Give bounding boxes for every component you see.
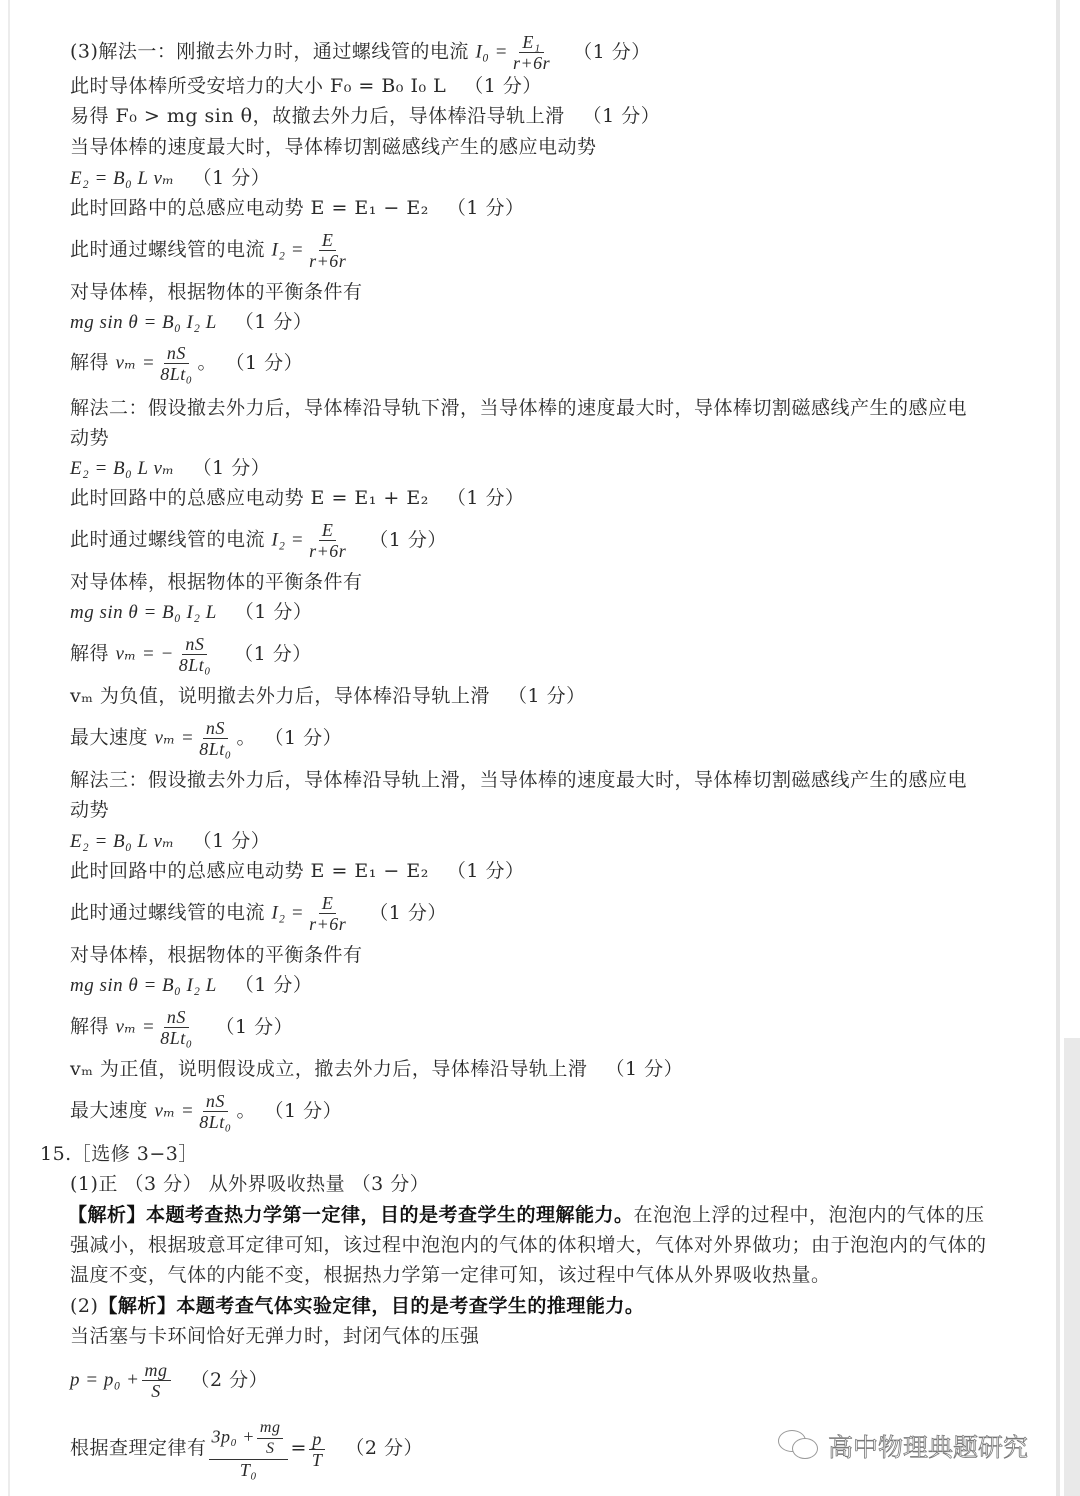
text-line: 当活塞与卡环间恰好无弹力时，封闭气体的压强: [70, 1324, 480, 1348]
numerator: mg: [142, 1360, 171, 1381]
points: （1 分）: [193, 457, 271, 479]
line-text: 此时通过螺线管的电流: [70, 529, 272, 551]
text-line: E₂ = B₀ L vₘ（1 分）: [70, 829, 270, 854]
line-text: 解得: [70, 1016, 116, 1038]
line-text: mg sin θ = B₀ I₂ L: [70, 602, 217, 623]
points: （1 分）: [193, 167, 271, 189]
text-line: 解得 vₘ = −nS8Lt₀（1 分）: [70, 634, 312, 675]
line-text: 在泡泡上浮的过程中，泡泡内的气体的压: [634, 1204, 985, 1226]
text-line: mg sin θ = B₀ I₂ L（1 分）: [70, 600, 312, 625]
line-text: 强减小，根据玻意耳定律可知，该过程中泡泡内的气体的体积增大，气体对外界做功；由于…: [70, 1234, 987, 1256]
formula: I₂ =: [272, 903, 305, 924]
text-line: 解法二：假设撤去外力后，导体棒沿导轨下滑，当导体棒的速度最大时，导体棒切割磁感线…: [70, 396, 967, 420]
points: （1 分）: [235, 974, 313, 996]
text-line: 此时通过螺线管的电流 I₂ =Er+6r（1 分）: [70, 893, 447, 934]
line-text: 对导体棒，根据物体的平衡条件有: [70, 944, 363, 966]
line-text: 解得: [70, 643, 116, 665]
scrollbar-thumb[interactable]: [1064, 1038, 1080, 1496]
denominator: 8Lt₀: [196, 739, 234, 759]
formula: I₂ =: [272, 240, 305, 261]
q15-analysis-line: 【解析】本题考查热力学第一定律，目的是考查学生的理解能力。在泡泡上浮的过程中，泡…: [68, 1203, 985, 1227]
denominator: 8Lt₀: [157, 1028, 195, 1048]
line-text: E₂ = B₀ L vₘ: [70, 458, 175, 479]
line-text: 此时通过螺线管的电流: [70, 902, 272, 924]
line-text: 最大速度: [70, 1100, 155, 1122]
fraction: nS8Lt₀: [176, 634, 214, 675]
points: （1 分）: [274, 727, 342, 749]
line-text: 对导体棒，根据物体的平衡条件有: [70, 281, 363, 303]
line-text: vₘ 为正值，说明假设成立，撤去外力后，导体棒沿导轨上滑: [70, 1058, 587, 1080]
line-text: 根据查理定律有: [70, 1437, 207, 1459]
text-line: 此时通过螺线管的电流 I₂ =Er+6r: [70, 230, 351, 271]
points: （1 分）: [605, 1058, 683, 1080]
q15-analysis-line: 温度不变，气体的内能不变，根据热力学第一定律可知，该过程中气体从外界吸收热量。: [70, 1263, 831, 1287]
denominator: r+6r: [510, 53, 553, 73]
points: （1 分）: [583, 105, 661, 127]
denominator: 8Lt₀: [196, 1112, 234, 1132]
text-line: 此时回路中的总感应电动势 E = E₁ − E₂（1 分）: [70, 196, 525, 220]
formula: vₘ = −: [116, 644, 174, 665]
line-text: 此时导体棒所受安培力的大小 F₀ = B₀ I₀ L: [70, 75, 446, 97]
points: （1 分）: [216, 1016, 294, 1038]
text-line: E₂ = B₀ L vₘ（1 分）: [70, 456, 270, 481]
numerator: nS: [182, 634, 207, 655]
numerator: 3p₀ +mgS: [209, 1418, 289, 1460]
line-text: 易得 F₀ > mg sin θ，故撤去外力后，导体棒沿导轨上滑: [70, 105, 565, 127]
line-text: mg sin θ = B₀ I₂ L: [70, 312, 217, 333]
formula: vₘ =: [155, 728, 195, 749]
text-line: vₘ 为负值，说明撤去外力后，导体棒沿导轨上滑（1 分）: [70, 684, 586, 708]
denominator: r+6r: [306, 541, 349, 561]
denominator: T₀: [237, 1460, 260, 1480]
points: （1 分）: [235, 601, 313, 623]
numerator: E: [319, 520, 337, 541]
line-text: E₂ = B₀ L vₘ: [70, 831, 175, 852]
period: 。: [237, 1100, 257, 1122]
numerator: nS: [164, 1007, 189, 1028]
fraction: nS8Lt₀: [196, 718, 234, 759]
points: （1 分）: [464, 75, 542, 97]
line-text: 此时回路中的总感应电动势 E = E₁ − E₂: [70, 197, 429, 219]
left-border: [8, 0, 10, 1496]
text-line: 对导体棒，根据物体的平衡条件有: [70, 570, 363, 594]
fraction: mgS: [257, 1418, 284, 1459]
numerator: E₁: [519, 32, 543, 53]
fraction: Er+6r: [306, 230, 349, 271]
fraction: pT: [309, 1429, 326, 1470]
line-text: (3)解法一：刚撤去外力时，通过螺线管的电流: [70, 41, 475, 63]
denominator: 8Lt₀: [157, 364, 195, 384]
text-line: 此时回路中的总感应电动势 E = E₁ + E₂（1 分）: [70, 486, 525, 510]
line-text: 对导体棒，根据物体的平衡条件有: [70, 571, 363, 593]
points: （1 分）: [447, 487, 525, 509]
points: （1 分）: [447, 197, 525, 219]
line-text: 此时回路中的总感应电动势 E = E₁ − E₂: [70, 860, 429, 882]
points: （1 分）: [193, 830, 271, 852]
equation-charles-law: 根据查理定律有3p₀ +mgST₀=pT（2 分）: [70, 1418, 423, 1480]
formula: I₂ =: [272, 530, 305, 551]
line-text: 15.［选修 3−3］: [40, 1143, 198, 1165]
period: 。: [237, 727, 257, 749]
wechat-icon: [778, 1430, 822, 1462]
text-line: 动势: [70, 798, 109, 822]
denominator: r+6r: [306, 914, 349, 934]
text-line: 解法三：假设撤去外力后，导体棒沿导轨上滑，当导体棒的速度最大时，导体棒切割磁感线…: [70, 768, 967, 792]
q15-part2-analysis: (2)【解析】本题考查气体实验定律，目的是考查学生的推理能力。: [70, 1294, 644, 1318]
points: （1 分）: [508, 685, 586, 707]
text-line: 最大速度 vₘ =nS8Lt₀。（1 分）: [70, 1091, 342, 1132]
line-text: 当导体棒的速度最大时，导体棒切割磁感线产生的感应电动势: [70, 136, 597, 158]
fraction: Er+6r: [306, 893, 349, 934]
watermark-text: 高中物理典题研究: [828, 1428, 1028, 1464]
points: （1 分）: [369, 902, 447, 924]
text-line: 易得 F₀ > mg sin θ，故撤去外力后，导体棒沿导轨上滑（1 分）: [70, 104, 660, 128]
q15-analysis-line: 强减小，根据玻意耳定律可知，该过程中泡泡内的气体的体积增大，气体对外界做功；由于…: [70, 1233, 987, 1257]
text-line: 解得 vₘ =nS8Lt₀（1 分）: [70, 1007, 293, 1048]
numerator: nS: [164, 343, 189, 364]
line-text: vₘ 为负值，说明撤去外力后，导体棒沿导轨上滑: [70, 685, 490, 707]
text-line: 对导体棒，根据物体的平衡条件有: [70, 280, 363, 304]
points: （1 分）: [573, 41, 651, 63]
line-text: E₂ = B₀ L vₘ: [70, 168, 175, 189]
numerator: nS: [203, 1091, 228, 1112]
numerator: nS: [203, 718, 228, 739]
text-line: vₘ 为正值，说明假设成立，撤去外力后，导体棒沿导轨上滑（1 分）: [70, 1057, 683, 1081]
denominator: r+6r: [306, 251, 349, 271]
line-text: mg sin θ = B₀ I₂ L: [70, 975, 217, 996]
text-line: mg sin θ = B₀ I₂ L（1 分）: [70, 973, 312, 998]
line-text: 解得: [70, 352, 116, 374]
text-line: 解得 vₘ =nS8Lt₀。（1 分）: [70, 343, 303, 384]
line-text: 当活塞与卡环间恰好无弹力时，封闭气体的压强: [70, 1325, 480, 1347]
numerator: E: [319, 893, 337, 914]
analysis-heading: 【解析】本题考查热力学第一定律，目的是考查学生的理解能力。: [68, 1204, 634, 1226]
formula: vₘ =: [155, 1101, 195, 1122]
q15-part1-answer: (1)正 （3 分） 从外界吸收热量 （3 分）: [70, 1172, 429, 1196]
text-line: 此时通过螺线管的电流 I₂ =Er+6r（1 分）: [70, 520, 447, 561]
formula: vₘ =: [116, 1017, 156, 1038]
fraction: E₁r+6r: [510, 32, 553, 73]
points: （2 分）: [191, 1369, 269, 1391]
denominator: T: [309, 1450, 326, 1470]
text-line: 最大速度 vₘ =nS8Lt₀。（1 分）: [70, 718, 342, 759]
fraction: nS8Lt₀: [157, 343, 195, 384]
formula: I₀ =: [475, 42, 508, 63]
denominator: 8Lt₀: [176, 655, 214, 675]
text-line: mg sin θ = B₀ I₂ L（1 分）: [70, 310, 312, 335]
period: 。: [198, 352, 218, 374]
question-15-header: 15.［选修 3−3］: [40, 1142, 198, 1166]
line-text: 最大速度: [70, 727, 155, 749]
text-line: 动势: [70, 426, 109, 450]
numerator: E: [319, 230, 337, 251]
denominator: S: [148, 1381, 164, 1401]
formula: 3p₀ +: [212, 1427, 255, 1447]
line-text: 解法二：假设撤去外力后，导体棒沿导轨下滑，当导体棒的速度最大时，导体棒切割磁感线…: [70, 397, 967, 419]
fraction: nS8Lt₀: [196, 1091, 234, 1132]
line-text: 解法三：假设撤去外力后，导体棒沿导轨上滑，当导体棒的速度最大时，导体棒切割磁感线…: [70, 769, 967, 791]
fraction: mgS: [142, 1360, 171, 1401]
points: （1 分）: [234, 643, 312, 665]
analysis-heading: 【解析】本题考查气体实验定律，目的是考查学生的推理能力。: [98, 1295, 644, 1317]
text-line: E₂ = B₀ L vₘ（1 分）: [70, 166, 270, 191]
text-line: 此时导体棒所受安培力的大小 F₀ = B₀ I₀ L（1 分）: [70, 74, 542, 98]
points: （1 分）: [447, 860, 525, 882]
points: （1 分）: [369, 529, 447, 551]
line-text: 此时通过螺线管的电流: [70, 239, 272, 261]
right-border: [1056, 0, 1060, 1496]
line-text: (1)正 （3 分） 从外界吸收热量 （3 分）: [70, 1173, 429, 1195]
points: （1 分）: [235, 311, 313, 333]
equation-pressure: p = p₀ +mgS（2 分）: [70, 1360, 268, 1401]
line-text: 此时回路中的总感应电动势 E = E₁ + E₂: [70, 487, 429, 509]
line-text: 动势: [70, 799, 109, 821]
formula: vₘ =: [116, 353, 156, 374]
numerator: p: [309, 1429, 325, 1450]
equals: =: [290, 1437, 306, 1459]
line-text: (2): [70, 1295, 98, 1317]
text-line: (3)解法一：刚撤去外力时，通过螺线管的电流 I₀ =E₁r+6r（1 分）: [70, 32, 651, 73]
formula: p = p₀ +: [70, 1370, 140, 1391]
text-line: 对导体棒，根据物体的平衡条件有: [70, 943, 363, 967]
text-line: 当导体棒的速度最大时，导体棒切割磁感线产生的感应电动势: [70, 135, 597, 159]
points: （1 分）: [235, 352, 303, 374]
fraction: 3p₀ +mgST₀: [209, 1418, 289, 1480]
line-text: 温度不变，气体的内能不变，根据热力学第一定律可知，该过程中气体从外界吸收热量。: [70, 1264, 831, 1286]
points: （1 分）: [274, 1100, 342, 1122]
fraction: Er+6r: [306, 520, 349, 561]
points: （2 分）: [345, 1437, 423, 1459]
numerator: mg: [257, 1418, 284, 1439]
line-text: 动势: [70, 427, 109, 449]
fraction: nS8Lt₀: [157, 1007, 195, 1048]
watermark: 高中物理典题研究: [778, 1428, 1028, 1464]
denominator: S: [263, 1439, 278, 1459]
text-line: 此时回路中的总感应电动势 E = E₁ − E₂（1 分）: [70, 859, 525, 883]
